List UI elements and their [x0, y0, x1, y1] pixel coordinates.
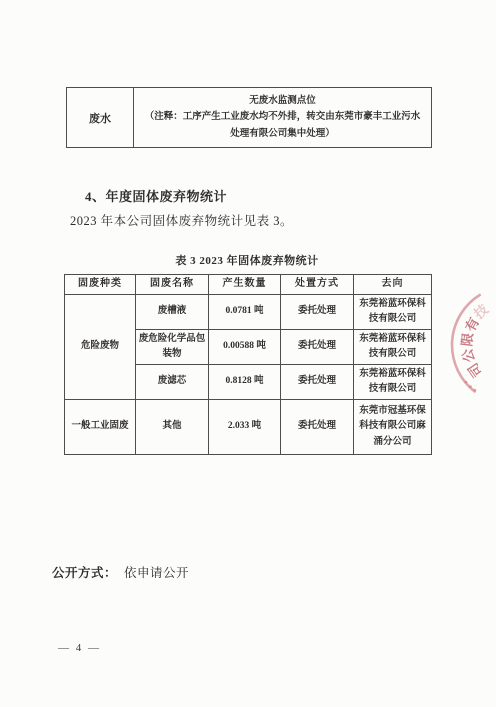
cell-quantity: 2.033 吨	[209, 400, 281, 455]
seal-small-dots	[465, 381, 477, 392]
wastewater-monitoring-text: 无废水监测点位	[249, 93, 316, 109]
wastewater-row-label: 废水	[67, 88, 134, 147]
cell-destination: 东莞市冠基环保科技有限公司麻涌分公司	[354, 400, 432, 455]
cell-disposal: 委托处理	[281, 365, 354, 400]
company-seal-stamp: 技 有 限 公 司	[440, 278, 496, 408]
table-header-row: 固废种类 固废名称 产生数量 处置方式 去向	[65, 275, 432, 295]
cell-waste-name: 其他	[136, 400, 209, 455]
cell-quantity: 0.00588 吨	[209, 330, 281, 365]
wastewater-note-text: （注释：工序产生工业废水均不外排，转交由东莞市豪丰工业污水处理有限公司集中处理）	[141, 109, 424, 142]
seal-char-gong: 公	[459, 347, 477, 364]
page-number: — 4 —	[58, 642, 101, 654]
cell-quantity: 0.0781 吨	[209, 295, 281, 330]
cell-category-hazardous: 危险废物	[65, 295, 136, 400]
disclosure-line: 公开方式：依申请公开	[52, 563, 189, 581]
cell-quantity: 0.8128 吨	[209, 365, 281, 400]
cell-category-general: 一般工业固废	[65, 400, 136, 455]
wastewater-row-content: 无废水监测点位 （注释：工序产生工业废水均不外排，转交由东莞市豪丰工业污水处理有…	[134, 88, 431, 147]
header-quantity: 产生数量	[209, 275, 281, 295]
table-title: 表 3 2023 年固体废弃物统计	[56, 252, 438, 268]
disclosure-label: 公开方式：	[52, 566, 117, 580]
cell-destination: 东莞裕蓝环保科技有限公司	[354, 295, 432, 330]
cell-disposal: 委托处理	[281, 330, 354, 365]
header-destination: 去向	[354, 275, 432, 295]
cell-waste-name: 废滤芯	[136, 365, 209, 400]
header-waste-name: 固废名称	[136, 275, 209, 295]
seal-char-xian: 限	[459, 332, 476, 348]
cell-destination: 东莞裕蓝环保科技有限公司	[354, 330, 432, 365]
cell-waste-name: 废槽液	[136, 295, 209, 330]
section-intro: 2023 年本公司固体废弃物统计见表 3。	[70, 211, 293, 229]
table-row: 一般工业固废 其他 2.033 吨 委托处理 东莞市冠基环保科技有限公司麻涌分公…	[65, 400, 432, 455]
wastewater-table: 废水 无废水监测点位 （注释：工序产生工业废水均不外排，转交由东莞市豪丰工业污水…	[66, 87, 432, 148]
cell-destination: 东莞裕蓝环保科技有限公司	[354, 365, 432, 400]
header-waste-category: 固废种类	[65, 275, 136, 295]
section-heading: 4、年度固体废弃物统计	[85, 186, 227, 205]
document-page: 废水 无废水监测点位 （注释：工序产生工业废水均不外排，转交由东莞市豪丰工业污水…	[0, 0, 496, 707]
solid-waste-table: 固废种类 固废名称 产生数量 处置方式 去向 危险废物 废槽液 0.0781 吨…	[64, 274, 432, 455]
cell-waste-name: 废危险化学品包装物	[136, 330, 209, 365]
disclosure-value: 依申请公开	[124, 566, 189, 580]
header-disposal: 处置方式	[281, 275, 354, 295]
cell-disposal: 委托处理	[281, 400, 354, 455]
table-row: 危险废物 废槽液 0.0781 吨 委托处理 东莞裕蓝环保科技有限公司	[65, 295, 432, 330]
cell-disposal: 委托处理	[281, 295, 354, 330]
